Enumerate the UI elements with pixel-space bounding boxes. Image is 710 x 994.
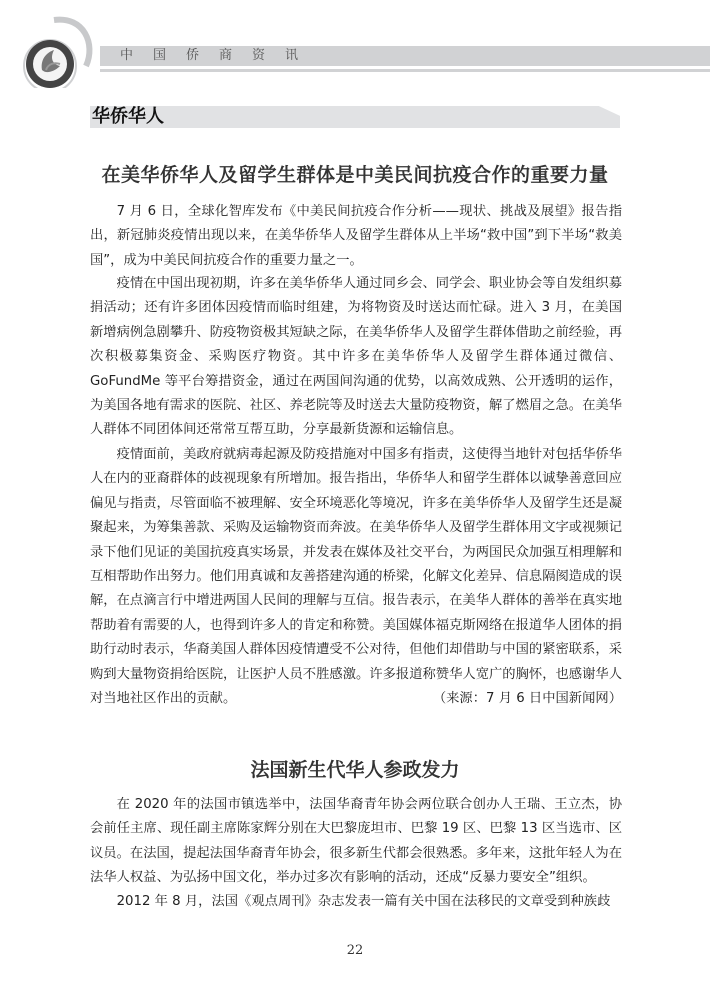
page-number: 22 [0,943,710,958]
article-title: 在美华侨华人及留学生群体是中美民间抗疫合作的重要力量 [0,160,710,187]
publication-title: 中国侨商资讯 [120,46,318,66]
association-emblem-icon [14,14,104,88]
article-source: （来源：7 月 6 日中国新闻网） [433,687,622,711]
article-paragraph: 2012 年 8 月，法国《观点周刊》杂志发表一篇有关中国在法移民的文章受到种族… [90,890,622,914]
article-paragraph: 疫情在中国出现初期，许多在美华侨华人通过同乡会、同学会、职业协会等自发组织募捐活… [90,272,622,443]
article-title: 法国新生代华人参政发力 [0,755,710,782]
section-band [90,106,620,128]
article-paragraph: 在 2020 年的法国市镇选举中，法国华裔青年协会两位联合创办人王瑞、王立杰，协… [90,793,622,891]
article-paragraph: 7 月 6 日，全球化智库发布《中美民间抗疫合作分析——现状、挑战及展望》报告指… [90,200,622,273]
paragraph-text: 疫情面前，美政府就病毒起源及防疫措施对中国多有指责，这使得当地针对包括华侨华人在… [90,447,622,706]
article-paragraph: 疫情面前，美政府就病毒起源及防疫措施对中国多有指责，这使得当地针对包括华侨华人在… [90,443,622,711]
header-divider [100,69,710,72]
section-label: 华侨华人 [92,105,164,129]
